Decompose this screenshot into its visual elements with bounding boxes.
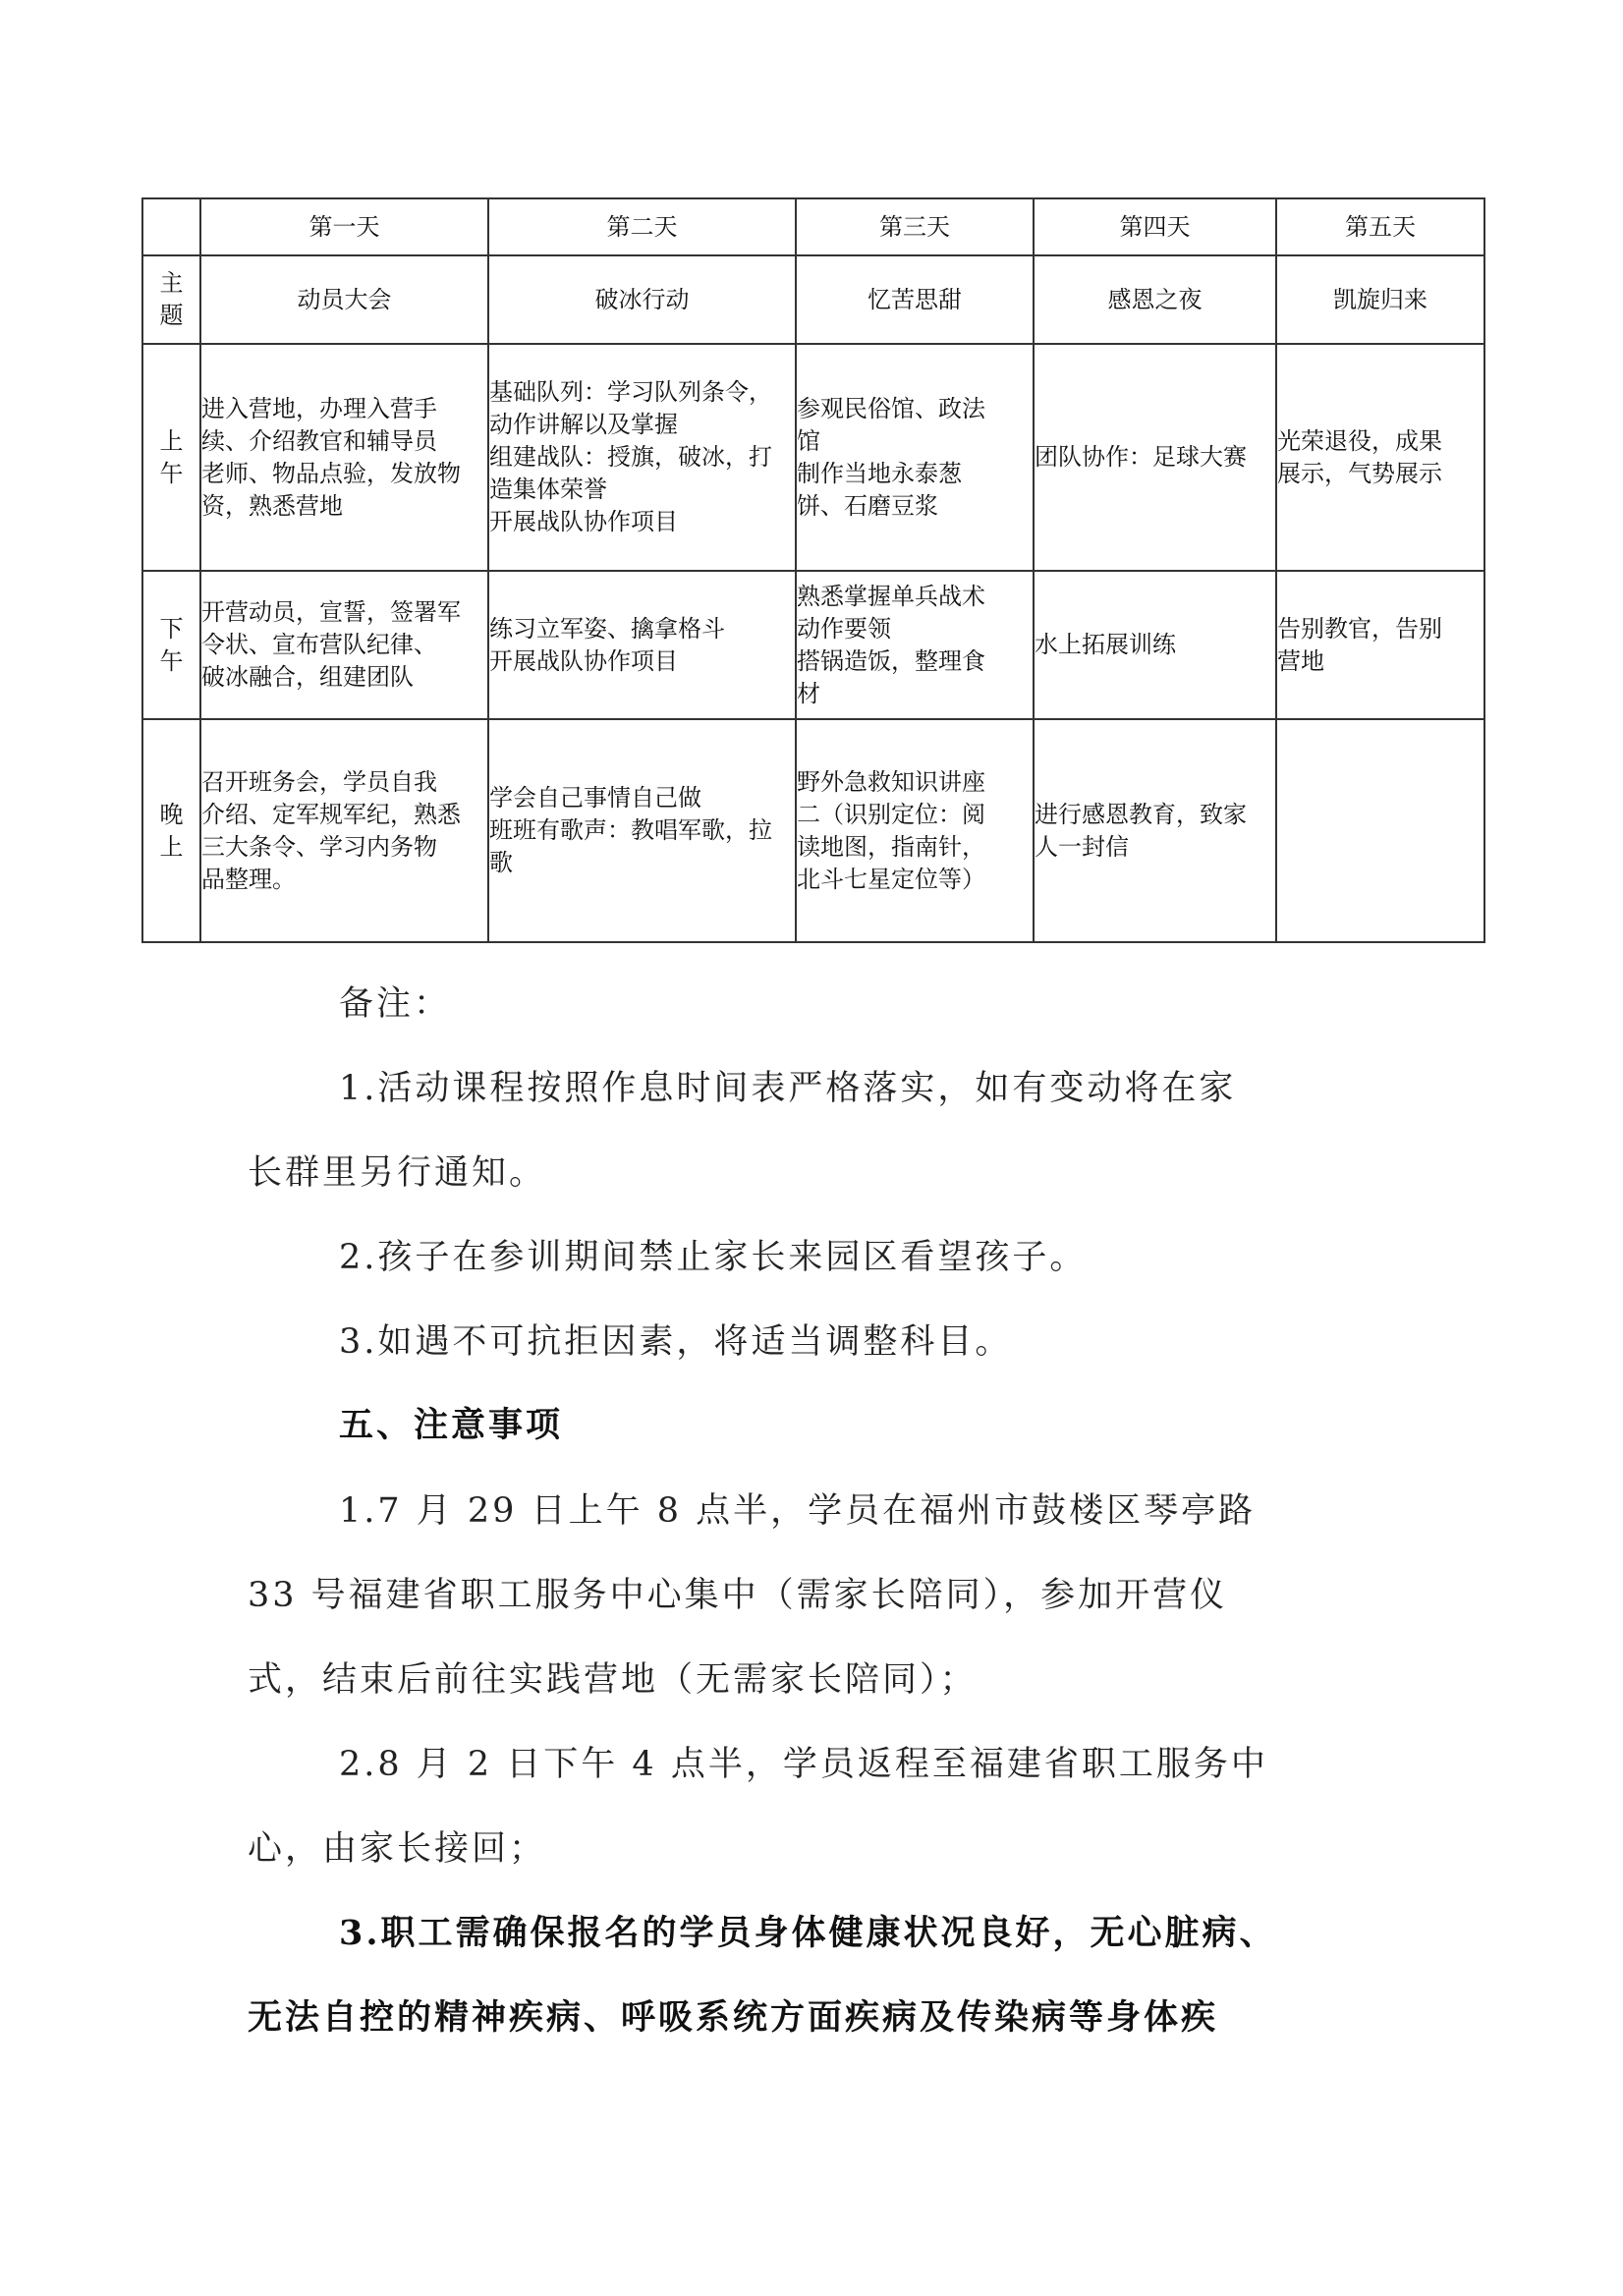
schedule-cell: 水上拓展训练 xyxy=(1034,571,1276,719)
schedule-table: 第一天 第二天 第三天 第四天 第五天 主 题 动员大会 破冰行动 忆苦思甜 感… xyxy=(141,197,1485,943)
remark-1-cont: 长群里另行通知。 xyxy=(248,1146,1387,1195)
schedule-cell: 光荣退役，成果 展示，气势展示 xyxy=(1276,344,1484,571)
notice-3: 3.职工需确保报名的学员身体健康状况良好，无心脏病、 xyxy=(339,1906,1479,1955)
day-header: 第一天 xyxy=(200,198,488,255)
theme-cell: 感恩之夜 xyxy=(1034,255,1276,344)
header-row: 第一天 第二天 第三天 第四天 第五天 xyxy=(142,198,1484,255)
schedule-cell: 告别教官，告别 营地 xyxy=(1276,571,1484,719)
theme-cell: 破冰行动 xyxy=(488,255,796,344)
theme-cell: 动员大会 xyxy=(200,255,488,344)
remark-2: 2.孩子在参训期间禁止家长来园区看望孩子。 xyxy=(339,1230,1479,1279)
theme-cell: 忆苦思甜 xyxy=(796,255,1034,344)
schedule-cell: 团队协作：足球大赛 xyxy=(1034,344,1276,571)
remarks-title: 备注： xyxy=(339,977,1479,1026)
theme-row: 主 题 动员大会 破冰行动 忆苦思甜 感恩之夜 凯旋归来 xyxy=(142,255,1484,344)
notice-2: 2.8 月 2 日下午 4 点半，学员返程至福建省职工服务中 xyxy=(339,1737,1479,1786)
section-heading: 五、注意事项 xyxy=(339,1398,1479,1447)
theme-cell: 凯旋归来 xyxy=(1276,255,1484,344)
notice-1-cont: 33 号福建省职工服务中心集中（需家长陪同），参加开营仪 xyxy=(248,1568,1387,1617)
day-header: 第四天 xyxy=(1034,198,1276,255)
remark-1: 1.活动课程按照作息时间表严格落实，如有变动将在家 xyxy=(339,1061,1479,1110)
schedule-cell-empty xyxy=(1276,719,1484,942)
row-label: 下 午 xyxy=(142,571,200,719)
day-header: 第五天 xyxy=(1276,198,1484,255)
row-label: 主 题 xyxy=(142,255,200,344)
schedule-cell: 参观民俗馆、政法 馆 制作当地永泰葱 饼、石磨豆浆 xyxy=(796,344,1034,571)
schedule-cell: 召开班务会，学员自我 介绍、定军规军纪，熟悉 三大条令、学习内务物 品整理。 xyxy=(200,719,488,942)
schedule-cell: 野外急救知识讲座 二（识别定位：阅 读地图，指南针， 北斗七星定位等） xyxy=(796,719,1034,942)
notice-2-cont: 心，由家长接回； xyxy=(248,1821,1387,1871)
remark-3: 3.如遇不可抗拒因素，将适当调整科目。 xyxy=(339,1315,1479,1364)
schedule-cell: 练习立军姿、擒拿格斗 开展战队协作项目 xyxy=(488,571,796,719)
schedule-cell: 开营动员，宣誓，签署军 令状、宣布营队纪律、 破冰融合，组建团队 xyxy=(200,571,488,719)
row-label: 晚 上 xyxy=(142,719,200,942)
morning-row: 上 午 进入营地，办理入营手 续、介绍教官和辅导员 老师、物品点验，发放物 资，… xyxy=(142,344,1484,571)
schedule-cell: 进入营地，办理入营手 续、介绍教官和辅导员 老师、物品点验，发放物 资，熟悉营地 xyxy=(200,344,488,571)
row-label: 上 午 xyxy=(142,344,200,571)
day-header: 第三天 xyxy=(796,198,1034,255)
evening-row: 晚 上 召开班务会，学员自我 介绍、定军规军纪，熟悉 三大条令、学习内务物 品整… xyxy=(142,719,1484,942)
notice-1-cont2: 式，结束后前往实践营地（无需家长陪同）； xyxy=(248,1652,1387,1702)
schedule-cell: 熟悉掌握单兵战术 动作要领 搭锅造饭，整理食 材 xyxy=(796,571,1034,719)
notice-3-cont: 无法自控的精神疾病、呼吸系统方面疾病及传染病等身体疾 xyxy=(248,1990,1387,2040)
schedule-cell: 基础队列：学习队列条令， 动作讲解以及掌握 组建战队：授旗，破冰，打 造集体荣誉… xyxy=(488,344,796,571)
schedule-cell: 学会自己事情自己做 班班有歌声：教唱军歌，拉 歌 xyxy=(488,719,796,942)
notice-1: 1.7 月 29 日上午 8 点半，学员在福州市鼓楼区琴亭路 xyxy=(339,1484,1479,1533)
afternoon-row: 下 午 开营动员，宣誓，签署军 令状、宣布营队纪律、 破冰融合，组建团队 练习立… xyxy=(142,571,1484,719)
day-header: 第二天 xyxy=(488,198,796,255)
corner-cell xyxy=(142,198,200,255)
schedule-cell: 进行感恩教育，致家 人一封信 xyxy=(1034,719,1276,942)
